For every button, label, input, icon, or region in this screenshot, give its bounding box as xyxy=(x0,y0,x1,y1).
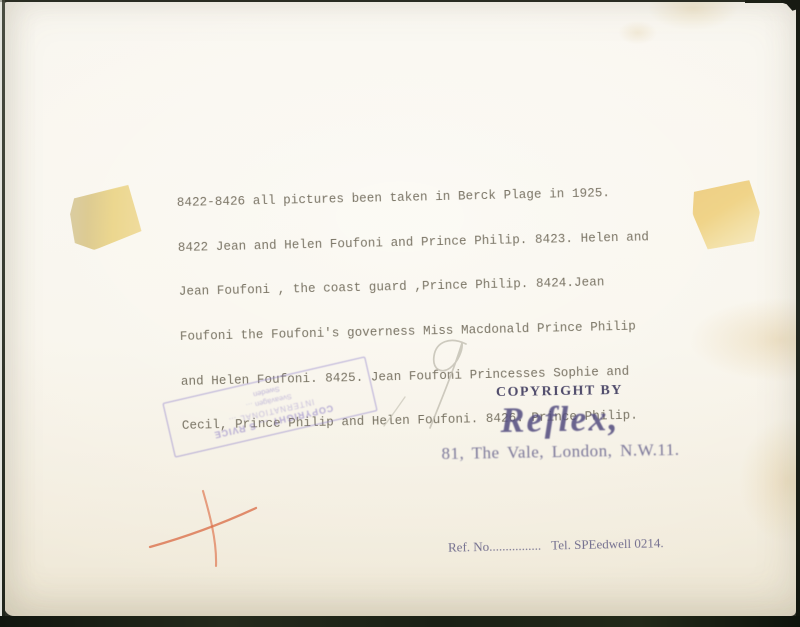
reflex-name-text: Reflex, xyxy=(430,396,691,443)
caption-line-2: 8422 Jean and Helen Foufoni and Prince P… xyxy=(178,229,698,256)
caption-line-3: Jean Foufoni , the coast guard ,Prince P… xyxy=(179,273,699,300)
scan-edge-top-shadow xyxy=(0,0,800,2)
tel-label: Tel. SPEedwell 0214. xyxy=(551,535,664,552)
scan-edge-right-shadow xyxy=(796,0,800,627)
orange-cross-mark xyxy=(130,470,280,580)
scan-edge-bottom-shadow xyxy=(0,616,800,627)
scan-edge-left-shadow xyxy=(2,0,5,620)
caption-line-1: 8422-8426 all pictures been taken in Ber… xyxy=(177,184,697,211)
reflex-copyright-stamp: COPYRIGHT BY Reflex, 81, The Vale, Londo… xyxy=(429,382,690,465)
ref-no-label: Ref. No................ xyxy=(448,538,541,555)
